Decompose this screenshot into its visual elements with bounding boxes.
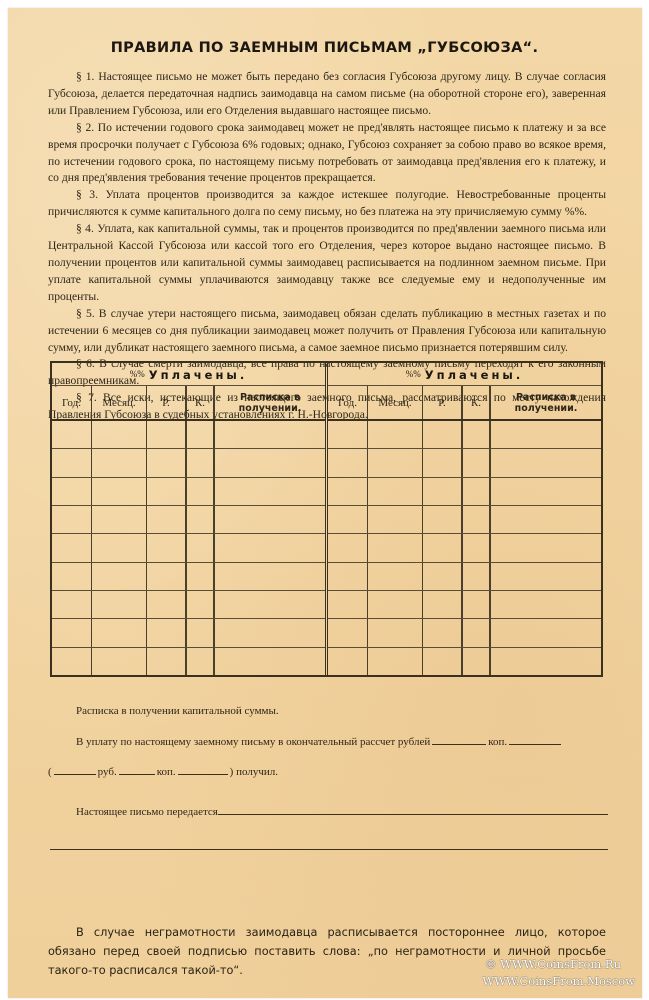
cell[interactable] [463,563,491,590]
cell[interactable] [423,534,463,561]
cell[interactable] [92,449,147,476]
receipt-line-2: (руб.коп.) получил. [48,766,278,778]
transfer-blank-line-2[interactable] [50,849,608,850]
cell[interactable] [368,648,423,675]
cell[interactable] [52,449,92,476]
receipt-heading: Расписка в получении капитальной суммы. [76,705,279,717]
cell[interactable] [215,591,325,618]
cell[interactable] [187,478,215,505]
table-row [52,506,325,534]
cell[interactable] [147,478,187,505]
cell[interactable] [187,506,215,533]
table-row [328,421,601,449]
cell[interactable] [491,506,601,533]
cell[interactable] [368,449,423,476]
cell[interactable] [328,648,368,675]
cell[interactable] [52,506,92,533]
cell[interactable] [147,449,187,476]
cell[interactable] [147,591,187,618]
table-header-row: Год. Месяц. Р. К. Расписка в получении. [328,386,601,421]
cell[interactable] [92,534,147,561]
cell[interactable] [52,534,92,561]
cell[interactable] [491,648,601,675]
cell[interactable] [491,478,601,505]
cell[interactable] [187,591,215,618]
table-row [52,534,325,562]
cell[interactable] [187,421,215,448]
kopecks-blank[interactable] [509,743,561,745]
transfer-blank-line-1[interactable] [218,814,608,815]
cell[interactable] [491,421,601,448]
cell[interactable] [423,449,463,476]
cell[interactable] [92,648,147,675]
cell[interactable] [463,478,491,505]
cell[interactable] [328,421,368,448]
cell[interactable] [215,534,325,561]
table-body [52,421,325,675]
cell[interactable] [368,421,423,448]
interest-payments-table: %%Уплачены. Год. Месяц. Р. К. Расписка в… [50,361,603,677]
cell[interactable] [491,534,601,561]
cell[interactable] [463,591,491,618]
rule-2: § 2. По истечении годового срока заимода… [48,120,606,188]
cell[interactable] [215,506,325,533]
illiteracy-note: В случае неграмотности заимодавца распис… [48,923,606,980]
cell[interactable] [491,619,601,646]
cell[interactable] [147,534,187,561]
cell[interactable] [423,619,463,646]
cell[interactable] [147,648,187,675]
cell[interactable] [187,449,215,476]
table-row [52,449,325,477]
column-header-month: Месяц. [368,386,423,419]
cell[interactable] [423,478,463,505]
column-header-rubles: Р. [423,386,463,419]
cell[interactable] [328,619,368,646]
cell[interactable] [423,648,463,675]
cell[interactable] [463,449,491,476]
column-header-receipt: Расписка в получении. [491,386,601,419]
cell[interactable] [187,619,215,646]
table-half-right: %%Уплачены. Год. Месяц. Р. К. Расписка в… [328,363,601,675]
rule-5: § 5. В случае утери настоящего письма, з… [48,306,606,357]
cell[interactable] [147,619,187,646]
cell[interactable] [328,591,368,618]
column-header-rubles: Р. [147,386,187,419]
cell[interactable] [215,421,325,448]
cell[interactable] [92,619,147,646]
table-row [328,506,601,534]
cell[interactable] [423,563,463,590]
cell[interactable] [215,619,325,646]
cell[interactable] [92,563,147,590]
table-row [52,591,325,619]
column-header-year: Год. [52,386,92,419]
cell[interactable] [215,648,325,675]
cell[interactable] [491,591,601,618]
table-row [52,619,325,647]
cell[interactable] [147,506,187,533]
table-row [328,449,601,477]
cell[interactable] [92,478,147,505]
transfer-label: Настоящее письмо передается [76,806,218,818]
amount-blank[interactable] [178,773,228,775]
table-row [328,478,601,506]
cell[interactable] [52,421,92,448]
cell[interactable] [423,506,463,533]
cell[interactable] [52,563,92,590]
cell[interactable] [187,534,215,561]
cell[interactable] [463,421,491,448]
cell[interactable] [368,563,423,590]
cell[interactable] [187,563,215,590]
cell[interactable] [328,563,368,590]
table-row [328,563,601,591]
cell[interactable] [423,421,463,448]
cell[interactable] [52,591,92,618]
table-half-left: %%Уплачены. Год. Месяц. Р. К. Расписка в… [52,363,328,675]
cell[interactable] [147,563,187,590]
cell[interactable] [463,648,491,675]
table-body [328,421,601,675]
cell[interactable] [368,478,423,505]
rule-4: § 4. Уплата, как капитальной суммы, так … [48,221,606,306]
column-header-kopecks: К. [463,386,491,419]
cell[interactable] [215,478,325,505]
kopecks-words-blank[interactable] [119,773,155,775]
column-header-month: Месяц. [92,386,147,419]
table-row [52,563,325,591]
cell[interactable] [215,449,325,476]
cell[interactable] [215,563,325,590]
cell[interactable] [491,449,601,476]
cell[interactable] [463,506,491,533]
cell[interactable] [328,534,368,561]
table-title: %%Уплачены. [328,363,601,386]
rule-3: § 3. Уплата процентов производится за ка… [48,187,606,221]
table-row [52,421,325,449]
cell[interactable] [92,591,147,618]
cell[interactable] [463,534,491,561]
receipt-line-1: В уплату по настоящему заемному письму в… [76,736,563,748]
table-row [52,648,325,675]
watermark-line-1: © WWW.CoinsFrom.Ru [485,957,621,971]
rubles-words-blank[interactable] [54,773,96,775]
cell[interactable] [368,506,423,533]
cell[interactable] [52,619,92,646]
cell[interactable] [368,619,423,646]
table-title: %%Уплачены. [52,363,325,386]
document-title: ПРАВИЛА ПО ЗАЕМНЫМ ПИСЬМАМ „ГУБСОЮЗА“. [0,40,649,56]
rule-1: § 1. Настоящее письмо не может быть пере… [48,69,606,120]
cell[interactable] [328,506,368,533]
cell[interactable] [147,421,187,448]
cell[interactable] [187,648,215,675]
cell[interactable] [92,506,147,533]
table-row [328,591,601,619]
table-row [328,534,601,562]
table-row [328,619,601,647]
cell[interactable] [328,478,368,505]
cell[interactable] [368,534,423,561]
cell[interactable] [52,648,92,675]
table-row [328,648,601,675]
cell[interactable] [52,478,92,505]
cell[interactable] [328,449,368,476]
cell[interactable] [368,591,423,618]
cell[interactable] [92,421,147,448]
table-header-row: Год. Месяц. Р. К. Расписка в получении. [52,386,325,421]
watermark-line-2: WWW.CoinsFrom.Moscow [482,974,635,988]
cell[interactable] [491,563,601,590]
column-header-receipt: Расписка в получении. [215,386,325,419]
column-header-kopecks: К. [187,386,215,419]
cell[interactable] [423,591,463,618]
rubles-blank[interactable] [432,743,486,745]
table-row [52,478,325,506]
column-header-year: Год. [328,386,368,419]
cell[interactable] [463,619,491,646]
